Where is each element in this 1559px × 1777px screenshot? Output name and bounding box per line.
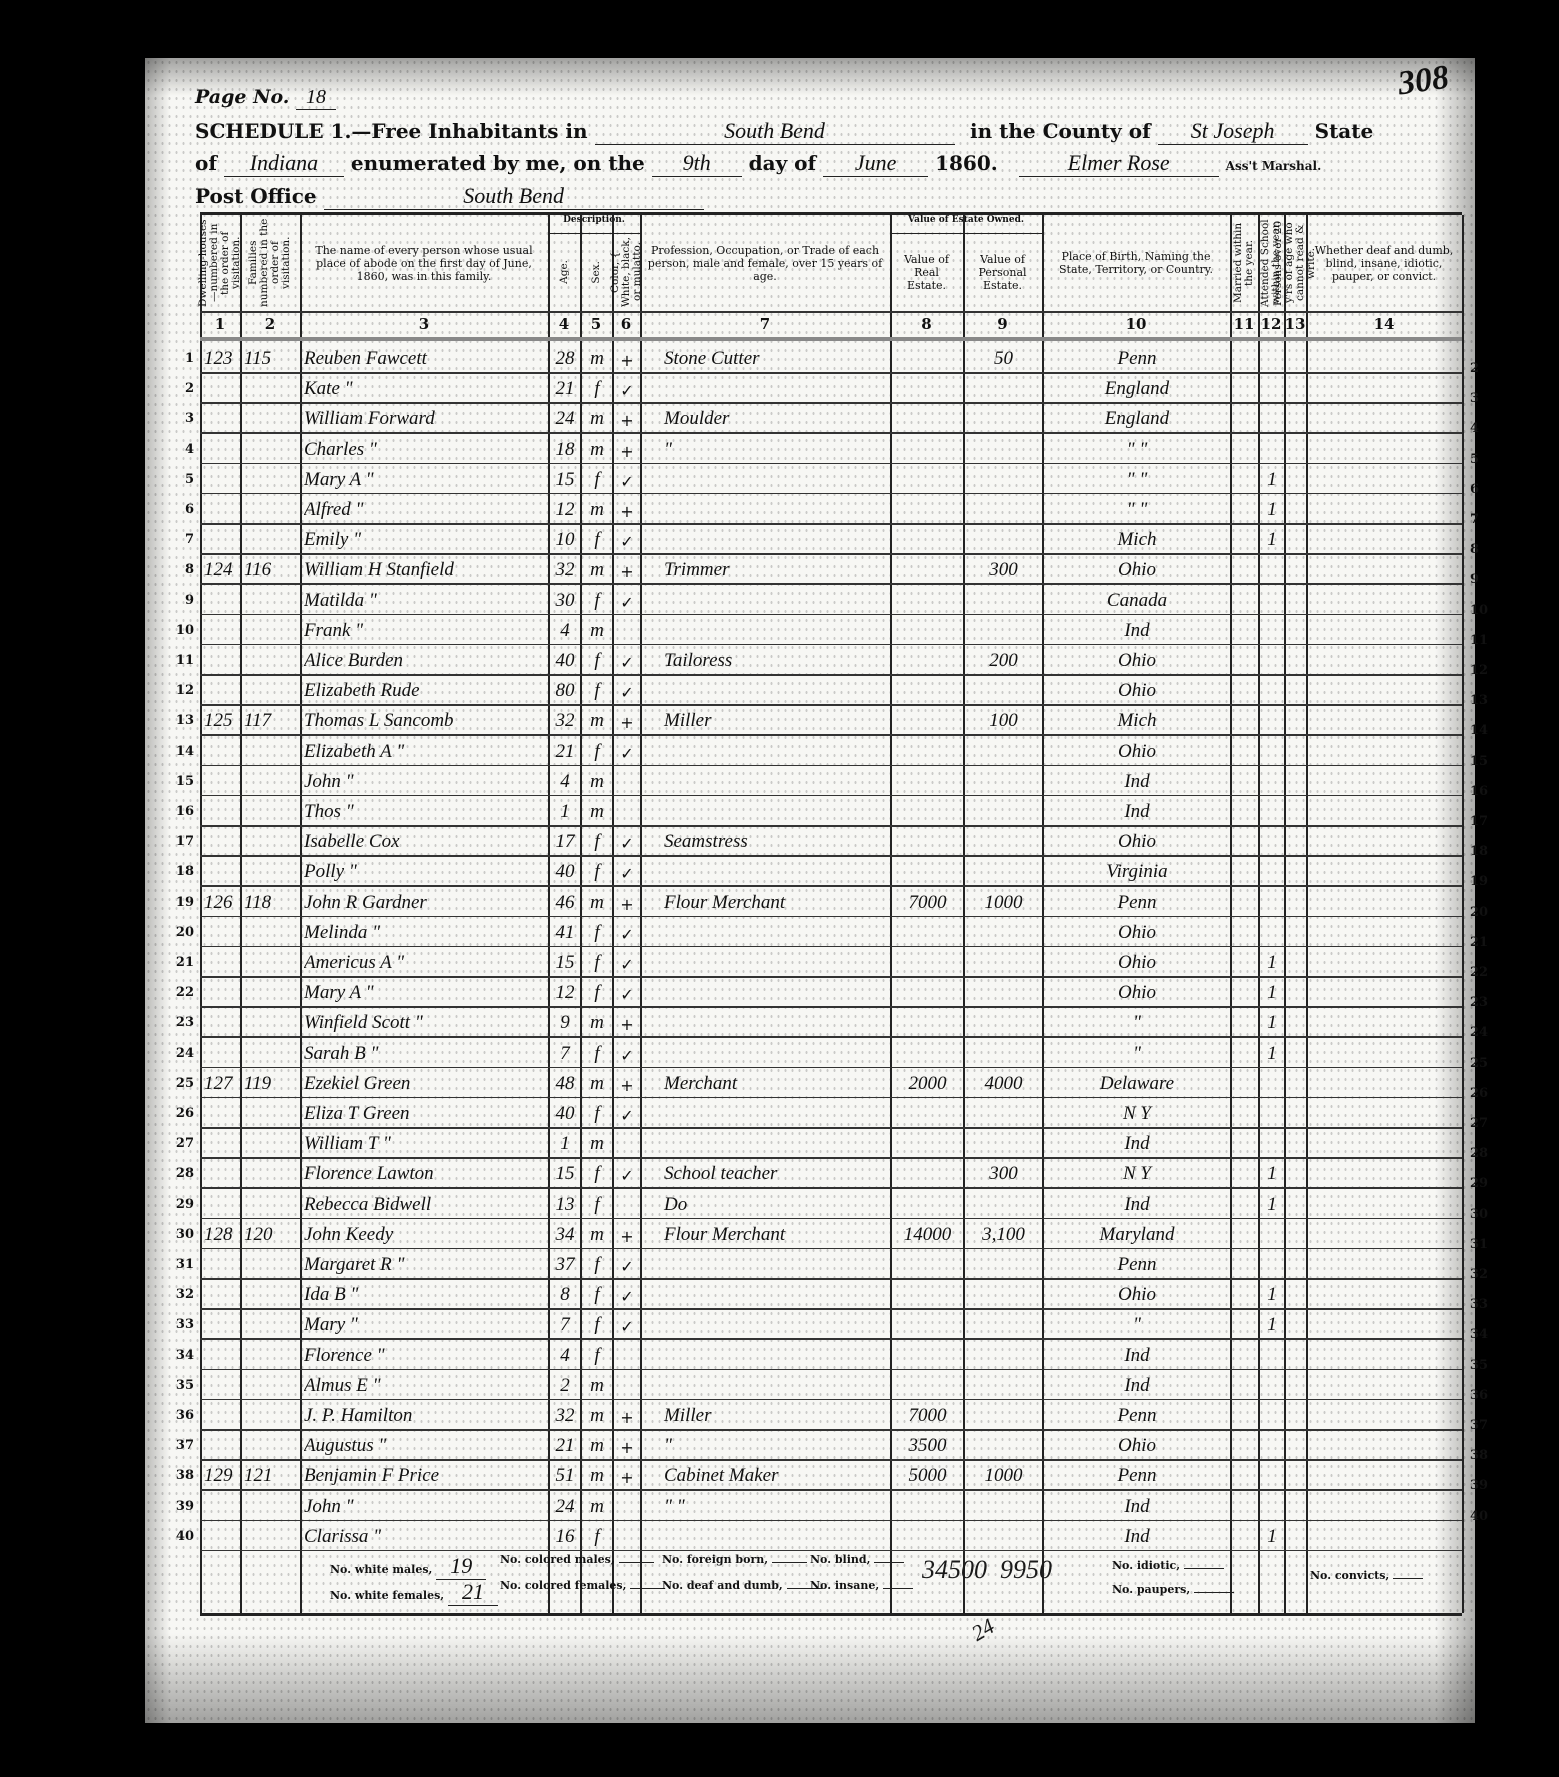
cell-school [1262, 1430, 1282, 1460]
cell-illiterate [1288, 1460, 1304, 1490]
cell-birth: Ohio [1046, 1430, 1228, 1460]
cell-age: 17 [552, 826, 578, 856]
cell-color: ✓ [616, 645, 638, 675]
cell-personal [967, 1279, 1040, 1309]
cell-illiterate [1288, 917, 1304, 947]
cell-condition [1310, 343, 1460, 373]
cell-dwelling [204, 856, 238, 886]
cell-family [244, 645, 298, 675]
cell-illiterate [1288, 1038, 1304, 1068]
cell-married [1234, 1309, 1256, 1339]
column-header-8: Value of Real Estate. [890, 233, 963, 311]
cell-name: Sarah B " [304, 1038, 546, 1068]
column-header-label: Age. [553, 260, 576, 284]
cell-married [1234, 1007, 1256, 1037]
cell-color: ✓ [616, 1249, 638, 1279]
cell-condition [1310, 1219, 1460, 1249]
cell-real [894, 1491, 961, 1521]
cell-family [244, 736, 298, 766]
cell-married [1234, 1038, 1256, 1068]
cell-sex: m [584, 1400, 610, 1430]
cell-sex: f [584, 1098, 610, 1128]
column-number-12: 12 [1258, 311, 1284, 337]
cell-real [894, 1007, 961, 1037]
cell-age: 15 [552, 464, 578, 494]
cell-sex: m [584, 705, 610, 735]
table-row: 1920126118John R Gardner46m+Flour Mercha… [200, 887, 1462, 917]
cell-married [1234, 1219, 1256, 1249]
cell-dwelling [204, 1007, 238, 1037]
cell-occupation [644, 464, 888, 494]
cell-name: Rebecca Bidwell [304, 1189, 546, 1219]
row-number-left: 2 [168, 381, 194, 396]
cell-real [894, 554, 961, 584]
cell-occupation [644, 524, 888, 554]
cell-dwelling [204, 1249, 238, 1279]
cell-school [1262, 796, 1282, 826]
cell-illiterate [1288, 1279, 1304, 1309]
cell-married [1234, 977, 1256, 1007]
cell-school [1262, 373, 1282, 403]
cell-name: Benjamin F Price [304, 1460, 546, 1490]
cell-personal [967, 373, 1040, 403]
cell-occupation [644, 1249, 888, 1279]
cell-birth: N Y [1046, 1098, 1228, 1128]
cell-birth: Ind [1046, 1370, 1228, 1400]
cell-condition [1310, 524, 1460, 554]
cell-age: 32 [552, 705, 578, 735]
cell-illiterate [1288, 464, 1304, 494]
cell-color: ✓ [616, 1309, 638, 1339]
cell-dwelling [204, 977, 238, 1007]
cell-family [244, 434, 298, 464]
cell-name: Mary A " [304, 464, 546, 494]
cell-married [1234, 1279, 1256, 1309]
cell-school: 1 [1262, 1189, 1282, 1219]
cell-age: 7 [552, 1038, 578, 1068]
cell-school [1262, 1400, 1282, 1430]
cell-occupation: Do [644, 1189, 888, 1219]
cell-personal: 50 [967, 343, 1040, 373]
white-females-value: 21 [448, 1579, 498, 1606]
cell-real [894, 1158, 961, 1188]
cell-married [1234, 736, 1256, 766]
cell-dwelling [204, 796, 238, 826]
row-number-right: 9 [1470, 572, 1500, 587]
cell-school [1262, 705, 1282, 735]
column-number-13: 13 [1284, 311, 1306, 337]
cell-married [1234, 1430, 1256, 1460]
insane-field: No. insane, [810, 1579, 913, 1592]
table-row: 2829Florence Lawton15f✓School teacher300… [200, 1158, 1462, 1188]
cell-school [1262, 826, 1282, 856]
county-value: St Joseph [1158, 118, 1308, 145]
cell-occupation: School teacher [644, 1158, 888, 1188]
cell-occupation: Moulder [644, 403, 888, 433]
cell-color: ✓ [616, 373, 638, 403]
cell-family [244, 1249, 298, 1279]
cell-occupation: Flour Merchant [644, 1219, 888, 1249]
cell-dwelling: 128 [204, 1219, 238, 1249]
cell-married [1234, 1098, 1256, 1128]
cell-occupation [644, 766, 888, 796]
cell-sex: f [584, 464, 610, 494]
white-males-field: No. white males, 19 [330, 1553, 486, 1580]
column-number-7: 7 [640, 311, 890, 337]
paupers-value [1194, 1592, 1234, 1593]
cell-dwelling [204, 1309, 238, 1339]
cell-school [1262, 1491, 1282, 1521]
cell-color [616, 1189, 638, 1219]
cell-occupation [644, 615, 888, 645]
column-number-5: 5 [580, 311, 612, 337]
cell-condition [1310, 585, 1460, 615]
cell-school: 1 [1262, 1007, 1282, 1037]
cell-family: 116 [244, 554, 298, 584]
cell-condition [1310, 1370, 1460, 1400]
row-number-right: 36 [1470, 1388, 1500, 1403]
cell-occupation: Tailoress [644, 645, 888, 675]
cell-condition [1310, 1068, 1460, 1098]
table-row: 910Matilda "30f✓Canada [200, 585, 1462, 615]
row-number-left: 3 [168, 411, 194, 426]
post-office-line: Post Office South Bend [195, 183, 704, 210]
column-header-label: Profession, Occupation, or Trade of each… [640, 244, 890, 283]
cell-condition [1310, 1400, 1460, 1430]
cell-color: + [616, 1219, 638, 1249]
cell-condition [1310, 826, 1460, 856]
cell-condition [1310, 1189, 1460, 1219]
cell-occupation: " [644, 1430, 888, 1460]
cell-real: 2000 [894, 1068, 961, 1098]
cell-birth: Ind [1046, 1491, 1228, 1521]
column-header-3: The name of every person whose usual pla… [300, 215, 548, 311]
cell-age: 2 [552, 1370, 578, 1400]
cell-sex: m [584, 1068, 610, 1098]
row-number-right: 30 [1470, 1207, 1500, 1222]
cell-family [244, 615, 298, 645]
cell-real [894, 1038, 961, 1068]
cell-personal [967, 1038, 1040, 1068]
day-of-label: day of [749, 151, 816, 175]
table-row: 1213Elizabeth Rude80f✓Ohio [200, 675, 1462, 705]
cell-illiterate [1288, 403, 1304, 433]
cell-personal [967, 1491, 1040, 1521]
cell-color: + [616, 705, 638, 735]
cell-school [1262, 1460, 1282, 1490]
row-number-right: 7 [1470, 512, 1500, 527]
cell-school: 1 [1262, 464, 1282, 494]
cell-illiterate [1288, 1370, 1304, 1400]
cell-dwelling [204, 1038, 238, 1068]
row-number-left: 12 [168, 683, 194, 698]
paupers-field: No. paupers, [1112, 1583, 1234, 1596]
cell-birth: Ind [1046, 615, 1228, 645]
cell-age: 40 [552, 645, 578, 675]
row-number-left: 38 [168, 1468, 194, 1483]
table-row: 1415Elizabeth A "21f✓Ohio [200, 736, 1462, 766]
column-header-6: Color, { White, black, or mulatto. [612, 233, 640, 311]
cell-dwelling [204, 434, 238, 464]
cell-dwelling [204, 675, 238, 705]
cell-age: 4 [552, 615, 578, 645]
row-number-left: 6 [168, 502, 194, 517]
cell-real [894, 585, 961, 615]
cell-condition [1310, 554, 1460, 584]
column-header-9: Value of Personal Estate. [963, 233, 1042, 311]
cell-family [244, 1038, 298, 1068]
cell-sex: f [584, 977, 610, 1007]
cell-color: ✓ [616, 675, 638, 705]
table-row: 3637J. P. Hamilton32m+Miller7000Penn [200, 1400, 1462, 1430]
cell-condition [1310, 1158, 1460, 1188]
cell-birth: Ind [1046, 1340, 1228, 1370]
cell-sex: f [584, 675, 610, 705]
table-row: 56Mary A "15f✓" "1 [200, 464, 1462, 494]
row-number-right: 19 [1470, 874, 1500, 889]
cell-illiterate [1288, 554, 1304, 584]
table-row: 2930Rebecca Bidwell13fDoInd1 [200, 1189, 1462, 1219]
cell-color: ✓ [616, 856, 638, 886]
row-number-left: 28 [168, 1166, 194, 1181]
cell-school [1262, 403, 1282, 433]
cell-condition [1310, 1038, 1460, 1068]
cell-condition [1310, 796, 1460, 826]
cell-birth: Ohio [1046, 947, 1228, 977]
cell-married [1234, 705, 1256, 735]
cell-school [1262, 887, 1282, 917]
estate-group-header: Value of Estate Owned. [890, 215, 1042, 234]
cell-married [1234, 887, 1256, 917]
cell-dwelling [204, 1189, 238, 1219]
cell-condition [1310, 494, 1460, 524]
table-row: 2526127119Ezekiel Green48m+Merchant20004… [200, 1068, 1462, 1098]
cell-family [244, 1340, 298, 1370]
cell-sex: f [584, 736, 610, 766]
cell-name: Charles " [304, 434, 546, 464]
cell-occupation [644, 1128, 888, 1158]
cell-sex: m [584, 887, 610, 917]
cell-sex: m [584, 434, 610, 464]
convicts-field: No. convicts, [1310, 1569, 1423, 1582]
county-line: in the County of St Joseph State [970, 118, 1373, 145]
row-number-left: 1 [168, 351, 194, 366]
cell-color [616, 1340, 638, 1370]
cell-personal [967, 977, 1040, 1007]
row-number-right: 17 [1470, 814, 1500, 829]
foreign-born-field: No. foreign born, [662, 1553, 807, 1566]
cell-color: + [616, 1068, 638, 1098]
cell-occupation [644, 1340, 888, 1370]
row-number-right: 21 [1470, 935, 1500, 950]
column-number-4: 4 [548, 311, 580, 337]
table-row: 2728William T "1mInd [200, 1128, 1462, 1158]
row-number-right: 13 [1470, 693, 1500, 708]
cell-occupation [644, 796, 888, 826]
cell-age: 48 [552, 1068, 578, 1098]
of-label: of [195, 151, 217, 175]
cell-occupation [644, 373, 888, 403]
row-number-left: 27 [168, 1136, 194, 1151]
column-number-14: 14 [1306, 311, 1462, 337]
cell-married [1234, 1068, 1256, 1098]
cell-age: 46 [552, 887, 578, 917]
table-row: 3233Ida B "8f✓Ohio1 [200, 1279, 1462, 1309]
row-number-left: 20 [168, 925, 194, 940]
cell-age: 41 [552, 917, 578, 947]
white-males-value: 19 [436, 1553, 486, 1580]
cell-illiterate [1288, 343, 1304, 373]
cell-family: 117 [244, 705, 298, 735]
cell-personal [967, 766, 1040, 796]
cell-married [1234, 1158, 1256, 1188]
table-row: 67Alfred "12m+" "1 [200, 494, 1462, 524]
real-estate-total: 34500 [922, 1555, 987, 1585]
cell-illiterate [1288, 856, 1304, 886]
cell-occupation [644, 977, 888, 1007]
cell-family [244, 373, 298, 403]
cell-school: 1 [1262, 1279, 1282, 1309]
cell-name: Florence Lawton [304, 1158, 546, 1188]
cell-real [894, 705, 961, 735]
row-number-right: 31 [1470, 1237, 1500, 1252]
row-number-right: 32 [1470, 1267, 1500, 1282]
row-number-left: 24 [168, 1046, 194, 1061]
row-number-right: 40 [1470, 1509, 1500, 1524]
cell-family [244, 917, 298, 947]
cell-name: Almus E " [304, 1370, 546, 1400]
cell-color: + [616, 554, 638, 584]
cell-age: 8 [552, 1279, 578, 1309]
cell-condition [1310, 705, 1460, 735]
cell-sex: f [584, 1038, 610, 1068]
personal-estate-total: 9950 [1000, 1555, 1052, 1585]
row-number-left: 31 [168, 1257, 194, 1272]
cell-dwelling [204, 1340, 238, 1370]
cell-name: Frank " [304, 615, 546, 645]
cell-name: William T " [304, 1128, 546, 1158]
year-value: 1860. [935, 151, 998, 175]
cell-real: 14000 [894, 1219, 961, 1249]
cell-illiterate [1288, 1491, 1304, 1521]
row-number-left: 39 [168, 1499, 194, 1514]
cell-sex: m [584, 796, 610, 826]
row-number-right: 6 [1470, 482, 1500, 497]
cell-real [894, 645, 961, 675]
cell-illiterate [1288, 1098, 1304, 1128]
cell-family [244, 1491, 298, 1521]
cell-personal [967, 585, 1040, 615]
row-number-left: 22 [168, 985, 194, 1000]
column-number-9: 9 [963, 311, 1042, 337]
cell-sex: f [584, 1249, 610, 1279]
column-header-label: Value of Real Estate. [890, 253, 963, 292]
cell-personal [967, 1098, 1040, 1128]
cell-occupation [644, 1007, 888, 1037]
cell-married [1234, 1460, 1256, 1490]
cell-dwelling: 124 [204, 554, 238, 584]
cell-dwelling [204, 1158, 238, 1188]
cell-dwelling: 125 [204, 705, 238, 735]
cell-personal [967, 1309, 1040, 1339]
cell-married [1234, 947, 1256, 977]
cell-dwelling [204, 615, 238, 645]
insane-label: No. insane, [810, 1579, 879, 1592]
foreign-born-label: No. foreign born, [662, 1553, 768, 1566]
marshal-name: Elmer Rose [1019, 150, 1219, 177]
cell-personal: 300 [967, 554, 1040, 584]
row-number-right: 12 [1470, 663, 1500, 678]
page-number-label: Page No. [195, 86, 289, 108]
idiotic-label: No. idiotic, [1112, 1559, 1180, 1572]
blind-field: No. blind, [810, 1553, 904, 1566]
cell-school [1262, 1128, 1282, 1158]
cell-name: Reuben Fawcett [304, 343, 546, 373]
cell-name: Margaret R " [304, 1249, 546, 1279]
cell-illiterate [1288, 585, 1304, 615]
row-number-left: 29 [168, 1197, 194, 1212]
row-number-left: 36 [168, 1408, 194, 1423]
table-row: 34William Forward24m+MoulderEngland [200, 403, 1462, 433]
row-number-left: 14 [168, 744, 194, 759]
cell-real [894, 736, 961, 766]
cell-condition [1310, 1249, 1460, 1279]
cell-color: + [616, 343, 638, 373]
cell-birth: Ind [1046, 1189, 1228, 1219]
cell-name: Thos " [304, 796, 546, 826]
cell-family [244, 826, 298, 856]
row-number-left: 35 [168, 1378, 194, 1393]
row-number-left: 7 [168, 532, 194, 547]
cell-school [1262, 343, 1282, 373]
cell-birth: Mich [1046, 705, 1228, 735]
white-males-label: No. white males, [330, 1563, 432, 1576]
cell-name: Alfred " [304, 494, 546, 524]
cell-illiterate [1288, 705, 1304, 735]
row-number-right: 8 [1470, 542, 1500, 557]
cell-name: Mary A " [304, 977, 546, 1007]
cell-married [1234, 1249, 1256, 1279]
cell-name: J. P. Hamilton [304, 1400, 546, 1430]
column-header-label: Place of Birth, Naming the State, Territ… [1042, 250, 1230, 276]
blind-value [874, 1562, 904, 1563]
row-number-right: 39 [1470, 1478, 1500, 1493]
cell-real [894, 766, 961, 796]
cell-name: John " [304, 766, 546, 796]
cell-age: 18 [552, 434, 578, 464]
cell-school [1262, 1370, 1282, 1400]
cell-school: 1 [1262, 947, 1282, 977]
cell-dwelling [204, 1430, 238, 1460]
cell-school: 1 [1262, 1309, 1282, 1339]
marshal-label: Ass't Marshal. [1226, 159, 1322, 173]
cell-birth: Penn [1046, 343, 1228, 373]
cell-sex: f [584, 585, 610, 615]
cell-occupation: Miller [644, 705, 888, 735]
cell-personal [967, 1189, 1040, 1219]
cell-sex: m [584, 1460, 610, 1490]
idiotic-value [1184, 1568, 1224, 1569]
cell-age: 34 [552, 1219, 578, 1249]
cell-dwelling: 126 [204, 887, 238, 917]
column-header-label: Value of Personal Estate. [963, 253, 1042, 292]
cell-dwelling [204, 766, 238, 796]
cell-age: 9 [552, 1007, 578, 1037]
cell-birth: Maryland [1046, 1219, 1228, 1249]
cell-name: Eliza T Green [304, 1098, 546, 1128]
cell-personal [967, 403, 1040, 433]
cell-birth: Ohio [1046, 917, 1228, 947]
